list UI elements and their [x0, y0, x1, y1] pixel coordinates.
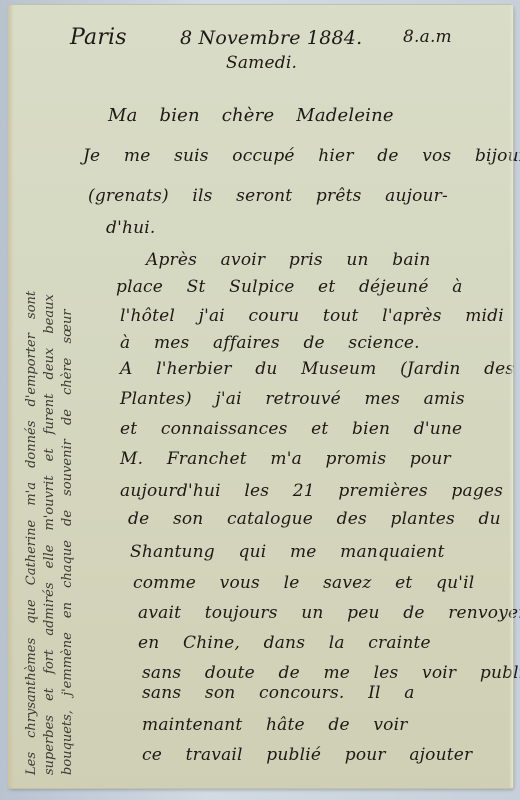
- body-line: l'hôtel j'ai couru tout l'après midi: [120, 306, 504, 326]
- body-line: aujourd'hui les 21 premières pages: [120, 481, 503, 501]
- body-line: en Chine, dans la crainte: [138, 633, 431, 653]
- body-line: place St Sulpice et déjeuné à: [116, 277, 463, 297]
- body-line: d'hui.: [106, 218, 156, 238]
- body-line: sans son concours. Il a: [142, 683, 415, 703]
- letter-date: 8 Novembre 1884.: [180, 27, 362, 49]
- letter-weekday: Samedi.: [226, 53, 297, 73]
- body-line: de son catalogue des plantes du: [128, 509, 501, 529]
- body-line: et connaissances et bien d'une: [120, 419, 462, 439]
- body-line: sans doute de me les voir publier: [142, 663, 520, 683]
- body-line: Plantes) j'ai retrouvé mes amis: [120, 389, 465, 409]
- margin-note: bouquets, j'emmène en chaque de souvenir…: [60, 309, 75, 775]
- body-line: (grenats) ils seront prêts aujour-: [88, 186, 448, 206]
- letter-page: Paris 8 Novembre 1884. 8.a.m Samedi. Ma …: [8, 5, 513, 788]
- salutation: Ma bien chère Madeleine: [108, 105, 394, 126]
- body-line: avait toujours un peu de renvoyer: [138, 603, 520, 623]
- margin-note: Les chrysanthèmes que Catherine m'a donn…: [24, 291, 39, 775]
- body-line: comme vous le savez et qu'il: [133, 573, 474, 593]
- body-line: Après avoir pris un bain: [146, 250, 431, 270]
- letter-time: 8.a.m: [403, 27, 452, 47]
- letter-place: Paris: [70, 25, 127, 50]
- body-line: à mes affaires de science.: [120, 333, 420, 353]
- body-line: Je me suis occupé hier de vos bijoux: [83, 146, 520, 166]
- body-line: A l'herbier du Museum (Jardin des: [120, 359, 514, 379]
- body-line: M. Franchet m'a promis pour: [120, 449, 451, 469]
- body-line: Shantung qui me manquaient: [130, 542, 445, 562]
- body-line: ce travail publié pour ajouter: [142, 745, 472, 765]
- margin-note: superbes et fort admirés elle m'ouvrit e…: [42, 294, 57, 775]
- body-line: maintenant hâte de voir: [142, 715, 408, 735]
